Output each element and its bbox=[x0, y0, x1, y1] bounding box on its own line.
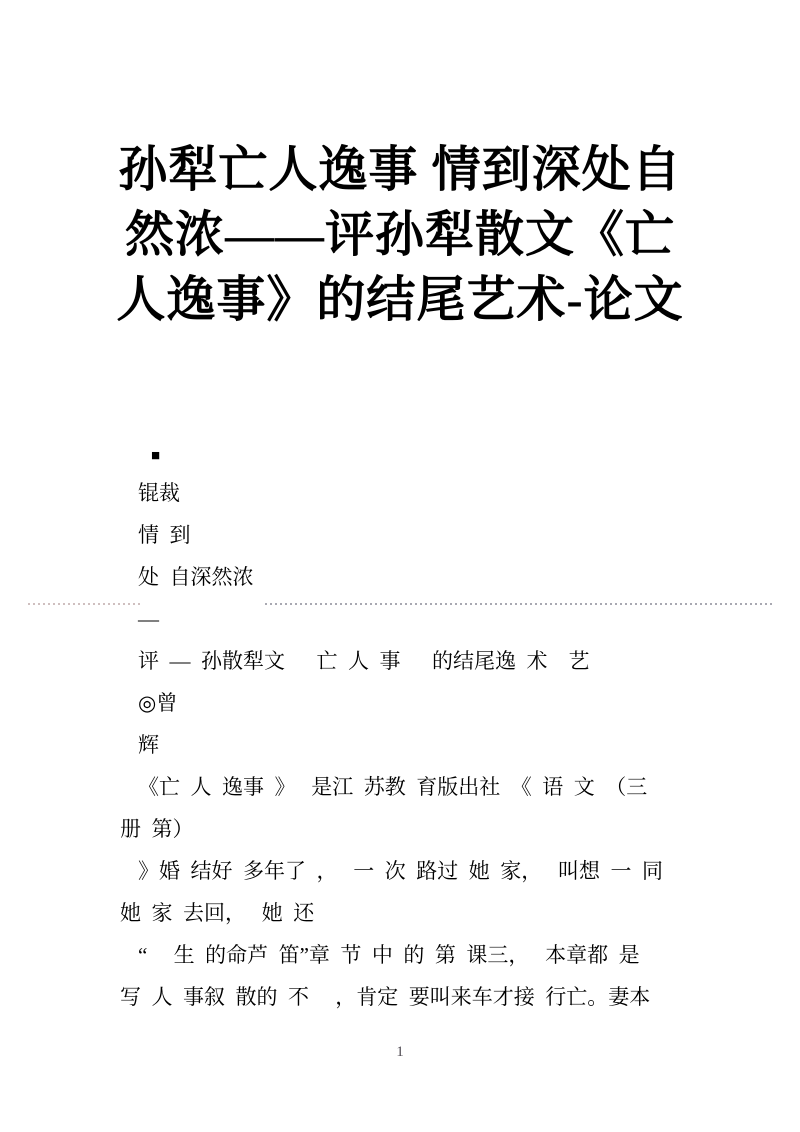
document-title: 孙犁亡人逸事 情到深处自 然浓——评孙犁散文《亡 人逸事》的结尾艺术-论文 bbox=[40, 137, 760, 332]
page-number: 1 bbox=[0, 1044, 800, 1061]
document-page: 孙犁亡人逸事 情到深处自 然浓——评孙犁散文《亡 人逸事》的结尾艺术-论文 ■ … bbox=[0, 0, 800, 1132]
body-line: 》婚 结好 多年了 ， 一 次 路过 她 家， 叫想 一 同 bbox=[120, 850, 698, 892]
body-line: ◎曾 bbox=[120, 682, 698, 724]
body-line: 评 — 孙散犁文 亡 人 事 的结尾逸 术 艺 bbox=[120, 640, 698, 682]
body-line: 写 人 事叙 散的 不 ，肯定 要叫来车才接 行亡。妻本 bbox=[120, 976, 698, 1018]
body-line: 《亡 人 逸事 》 是江 苏教 育版出社 《 语 文 （三 bbox=[120, 766, 698, 808]
black-square-bullet-icon: ■ bbox=[151, 449, 160, 464]
title-line: 孙犁亡人逸事 情到深处自 bbox=[40, 137, 760, 202]
body-line: 册 第） bbox=[120, 808, 698, 850]
title-line: 然浓——评孙犁散文《亡 bbox=[40, 202, 760, 267]
body-line: 她 家 去回， 她 还 bbox=[120, 892, 698, 934]
body-line: 锟裁 bbox=[120, 472, 698, 514]
body-line: — bbox=[120, 598, 698, 640]
body-line: 辉 bbox=[120, 724, 698, 766]
body-line: 处 自深然浓 bbox=[120, 556, 698, 598]
title-line: 人逸事》的结尾艺术-论文 bbox=[40, 267, 760, 332]
body-line: “ 生 的命芦 笛”章 节 中 的 第 课三， 本章都 是 bbox=[120, 934, 698, 976]
document-body: 锟裁 情 到 处 自深然浓 — 评 — 孙散犁文 亡 人 事 的结尾逸 术 艺 … bbox=[120, 472, 698, 1018]
body-line: 情 到 bbox=[120, 514, 698, 556]
